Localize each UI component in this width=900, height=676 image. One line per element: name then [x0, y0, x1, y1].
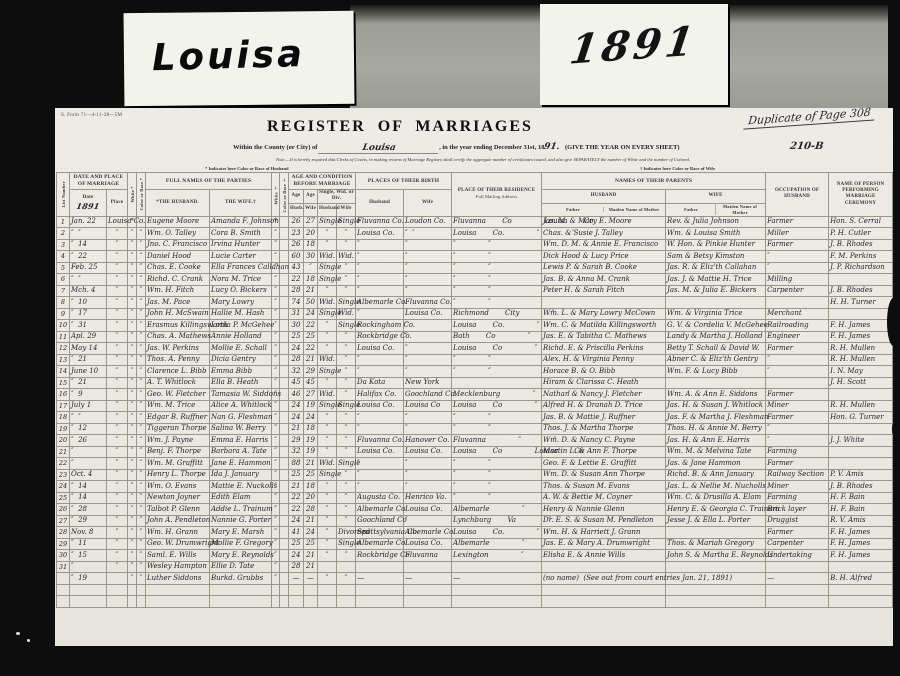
cell-occupation: ″ — [766, 435, 829, 447]
cell-wife: Tamasia W. Siddons — [210, 389, 272, 401]
cell-parents_w: Sam & Betsy Kimston — [666, 251, 766, 263]
cell-age_w: 19 — [304, 446, 318, 458]
cell-place: ″ — [107, 320, 128, 332]
cell-husband: Clarence L. Bibb — [146, 366, 210, 378]
cell-husband: Edgar B. Ruffner — [146, 412, 210, 424]
cell-officiant: H. H. Turner — [829, 297, 893, 309]
cell-occupation: Farmer — [766, 389, 829, 401]
cell-m2: ″ — [137, 389, 146, 401]
cell-parents_w — [666, 297, 766, 309]
cell-officiant: R. H. Mullen — [829, 400, 893, 412]
cell-husband: Tiggeran Thorpe — [146, 423, 210, 435]
county-line-prefix: Within the County (or City) of — [233, 144, 317, 151]
cell-officiant: Hon. S. Cerral — [829, 216, 893, 228]
col-header-list-number: List Number — [57, 173, 70, 217]
cell-m2: ″ — [137, 354, 146, 366]
cell-occupation — [766, 596, 829, 608]
cell-husband: Erasmus Killingsworth — [146, 320, 210, 332]
cell-age_h: 21 — [289, 481, 304, 493]
cell-wife: Mollie E. Schall — [210, 343, 272, 355]
cell-residence: ″ ″ — [452, 274, 542, 286]
cell-wife: Irvina Hunter — [210, 239, 272, 251]
cell-cond_h: Wid. — [318, 251, 337, 263]
cell-officiant: Hon. G. Turner — [829, 412, 893, 424]
cell-age_h — [289, 596, 304, 608]
cell-m1: ″ — [128, 389, 137, 401]
cell-officiant — [829, 596, 893, 608]
cell-birth_w: Goochland Co. — [404, 389, 452, 401]
cell-parents_w: Jas. & Jane Hammon — [666, 458, 766, 470]
cell-date: ″ 14 — [70, 492, 107, 504]
cell-birth_h — [356, 584, 404, 596]
cell-parents_h: Alex. H. & Virginia Penny — [542, 354, 666, 366]
cell-cond_w — [337, 561, 356, 573]
cell-birth_h: ″ — [356, 423, 404, 435]
col-header-wife-name: THE WIFE.† — [210, 190, 272, 217]
cell-age_w: 21 — [304, 550, 318, 562]
cell-age_w: 19 — [304, 400, 318, 412]
cell-age_w: 25 — [304, 469, 318, 481]
cell-residence: Louisa Co ″ — [452, 343, 542, 355]
cell-cond_h: ″ — [318, 228, 337, 240]
col-header-age-husb-abbr: Husb. — [289, 203, 304, 216]
col-header-single-wid-div: Single, Wid. or Div. — [318, 190, 356, 204]
cell-m2: ″ — [137, 285, 146, 297]
cell-parents_h: Elisha E. & Annie Wills — [542, 550, 666, 562]
cell-m4 — [280, 538, 289, 550]
cell-officiant: J. H. Scott — [829, 377, 893, 389]
cell-officiant: F. H. James — [829, 331, 893, 343]
cell-m1: ″ — [128, 550, 137, 562]
cell-residence: Louisa Co Louisa Co — [452, 446, 542, 458]
cell-parents_w: Wm. F. & Lucy Bibb — [666, 366, 766, 378]
cell-birth_h: ″ — [356, 239, 404, 251]
date-year-script: 1891 — [70, 201, 106, 211]
cell-husband: Saml. E. Wills — [146, 550, 210, 562]
cell-occupation: Farmer — [766, 216, 829, 228]
table-row: 22″″″″Wm. M. GraffittJane E. Hammon″8821… — [57, 458, 893, 470]
cell-residence: ″ ″ — [452, 262, 542, 274]
cell-date: Jan. 22 — [70, 216, 107, 228]
col-header-parents-husband-sub: FatherMaiden Name of Mother — [542, 203, 666, 216]
cell-no: 17 — [57, 400, 70, 412]
cell-residence: Lexington ″ — [452, 550, 542, 562]
cell-m3 — [272, 596, 280, 608]
cell-cond_h: Wid. — [318, 389, 337, 401]
cell-m1: ″ — [128, 354, 137, 366]
cell-m2: ″ — [137, 435, 146, 447]
cell-m4 — [280, 354, 289, 366]
cell-cond_w: ″ — [337, 343, 356, 355]
cell-occupation: Farmer — [766, 343, 829, 355]
cell-cond_w: Single — [337, 320, 356, 332]
cell-occupation: Merchant — [766, 308, 829, 320]
cell-parents_w: Jas. M. & Julia E. Bickers — [666, 285, 766, 297]
cell-cond_w: Single — [337, 458, 356, 470]
cell-m1: ″ — [128, 366, 137, 378]
cell-husband: Geo. W. Drumwright — [146, 538, 210, 550]
cell-parents_h: Horace B. & O. Bibb — [542, 366, 666, 378]
cell-occupation: Farmer — [766, 239, 829, 251]
cell-m1: ″ — [128, 308, 137, 320]
cell-husband: Wm. J. Payne — [146, 435, 210, 447]
cell-husband: A. T. Whitlock — [146, 377, 210, 389]
cell-m3: ″ — [272, 527, 280, 539]
cell-husband — [146, 584, 210, 596]
cell-m1: ″ — [128, 515, 137, 527]
cell-residence: Bath Co ″ — [452, 331, 542, 343]
cell-m1: ″ — [128, 320, 137, 332]
cell-age_w: 22 — [304, 343, 318, 355]
cell-occupation — [766, 297, 829, 309]
year-line-mid: , in the year ending December 31st, 18 — [439, 144, 544, 151]
cell-residence: ″ ″ — [452, 251, 542, 263]
cell-age_h: 29 — [289, 435, 304, 447]
cell-cond_w: Wid. — [337, 251, 356, 263]
cell-parents_h: Jas. B. & Mattie J. Ruffner — [542, 412, 666, 424]
cell-birth_h: Rockbridge Co. — [356, 331, 404, 343]
table-row: 27″ 29″″″John A. PendletonNannie G. Port… — [57, 515, 893, 527]
cell-wife: Mollie F. Gregory — [210, 538, 272, 550]
cell-husband: Henry L. Thorpe — [146, 469, 210, 481]
cell-place: ″ — [107, 469, 128, 481]
cell-place: ″ — [107, 285, 128, 297]
cell-wife: Mary Lowry — [210, 297, 272, 309]
cell-m3: ″ — [272, 366, 280, 378]
cell-husband: Eugene Moore — [146, 216, 210, 228]
table-row: 31″″″″Wesley HamptonEllie D. Tate″2821 — [57, 561, 893, 573]
cell-no: 7 — [57, 285, 70, 297]
cell-officiant: B. H. Alfred — [829, 573, 893, 585]
cell-date: Oct. 4 — [70, 469, 107, 481]
cell-m4 — [280, 377, 289, 389]
cell-m4 — [280, 515, 289, 527]
cell-no: 16 — [57, 389, 70, 401]
cell-m2 — [137, 584, 146, 596]
cell-no: 24 — [57, 481, 70, 493]
table-row: 11Apl. 29″″″Chas. A. MathewsAnnie Hollan… — [57, 331, 893, 343]
cell-residence: ″ ″ — [452, 469, 542, 481]
cell-husband: Newton Joyner — [146, 492, 210, 504]
cell-date: ″ 12 — [70, 423, 107, 435]
cell-parents_h: Nathan & Nancy J. Fletcher — [542, 389, 666, 401]
cell-cond_w: ″ — [337, 573, 356, 585]
cell-officiant: F. M. Perkins — [829, 251, 893, 263]
cell-birth_h — [356, 561, 404, 573]
cell-parents_w: Jas. H. & Ann E. Harris — [666, 435, 766, 447]
cell-birth_h: Louisa Co. — [356, 343, 404, 355]
cell-age_w: 25 — [304, 331, 318, 343]
table-row: 3″ 14″″″Jno. C. FranciscoIrvina Hunter″2… — [57, 239, 893, 251]
cell-husband: Wm. H. Fitch — [146, 285, 210, 297]
cell-age_w: 19 — [304, 435, 318, 447]
cell-age_w: 28 — [304, 504, 318, 516]
cell-age_h: 22 — [289, 274, 304, 286]
cell-residence — [452, 377, 542, 389]
cell-wife: Emma E. Harris — [210, 435, 272, 447]
col-header-place: Place — [107, 190, 128, 217]
cell-officiant — [829, 446, 893, 458]
cell-birth_w: Louisa Co — [404, 400, 452, 412]
cell-age_h: 26 — [289, 239, 304, 251]
cell-residence: ″ ″ — [452, 412, 542, 424]
cell-m4 — [280, 504, 289, 516]
cell-occupation: — — [766, 573, 829, 585]
cell-parents_h: Richd. E. & Priscilla Perkins — [542, 343, 666, 355]
cell-cond_h: ″ — [318, 573, 337, 585]
scan-artifact-speck — [27, 639, 30, 642]
year-label: 1891 — [567, 17, 701, 73]
cell-parents_w: G. V. & Cordelia V. McGehee — [666, 320, 766, 332]
cell-residence: ″ ″ — [452, 297, 542, 309]
cell-age_w: 50 — [304, 297, 318, 309]
cell-husband: Wm. O. Evans — [146, 481, 210, 493]
cell-m2 — [137, 596, 146, 608]
cell-cond_w: Single — [337, 400, 356, 412]
cell-m2: ″ — [137, 446, 146, 458]
cell-birth_w: ″ — [404, 515, 452, 527]
cell-cond_w: ″ — [337, 446, 356, 458]
cell-age_h: 21 — [289, 423, 304, 435]
col-header-cond-husband: Husband — [318, 203, 337, 216]
cell-no — [57, 573, 70, 585]
cell-residence: Richmond City ″ — [452, 308, 542, 320]
cell-date: July 1 — [70, 400, 107, 412]
cell-m1: ″ — [128, 400, 137, 412]
cell-birth_w: New York — [404, 377, 452, 389]
cell-wife: Ella Frances Callahan — [210, 262, 272, 274]
cell-age_h: 24 — [289, 343, 304, 355]
cell-cond_w: Single — [337, 216, 356, 228]
cell-cond_h: Single — [318, 262, 337, 274]
col-header-birth: PLACES OF THEIR BIRTH — [356, 173, 452, 190]
cell-date: Nov. 8 — [70, 527, 107, 539]
cell-birth_w: ″ — [404, 251, 452, 263]
cell-parents_w: Wm. & Louisa Smith — [666, 228, 766, 240]
cell-age_w: 18 — [304, 423, 318, 435]
cell-m1: ″ — [128, 377, 137, 389]
cell-residence: Lynchburg Va ″ — [452, 515, 542, 527]
cell-m3: ″ — [272, 343, 280, 355]
cell-age_w: 24 — [304, 412, 318, 424]
cell-officiant: H. F. Bain — [829, 504, 893, 516]
cell-age_h — [289, 584, 304, 596]
cell-parents_w: Thos. & Mariah Gregory — [666, 538, 766, 550]
cell-occupation: Farming — [766, 492, 829, 504]
cell-parents_h: Dr. E. S. & Susan M. Pendleton — [542, 515, 666, 527]
cell-m4 — [280, 435, 289, 447]
col-header-white-wife: White † — [272, 173, 280, 217]
cell-wife: Lucy O. Bickers — [210, 285, 272, 297]
cell-parents_w: Jas. R. & Eliz'th Callahan — [666, 262, 766, 274]
cell-place: ″ — [107, 423, 128, 435]
cell-cond_h: Wid. — [318, 297, 337, 309]
cell-m1: ″ — [128, 504, 137, 516]
cell-place — [107, 584, 128, 596]
cell-m2: ″ — [137, 331, 146, 343]
cell-m2: ″ — [137, 527, 146, 539]
cell-m3: ″ — [272, 469, 280, 481]
cell-wife: Addie L. Trainum — [210, 504, 272, 516]
cell-cond_h — [318, 584, 337, 596]
cell-parents_h: (no name) (See out from court entries Ja… — [542, 573, 666, 585]
cell-parents_w: Landy & Martha J. Holland — [666, 331, 766, 343]
cell-cond_h: Wid. — [318, 354, 337, 366]
cell-age_h: 24 — [289, 400, 304, 412]
cell-cond_w: ″ — [337, 354, 356, 366]
scan-artifact-speck — [16, 632, 20, 635]
cell-m2: ″ — [137, 538, 146, 550]
cell-husband: Geo. W. Fletcher — [146, 389, 210, 401]
cell-place: ″ — [107, 331, 128, 343]
cell-m4 — [280, 527, 289, 539]
cell-wife: Ella B. Heath — [210, 377, 272, 389]
cell-place — [107, 573, 128, 585]
cell-cond_h: ″ — [318, 481, 337, 493]
cell-birth_h: ″ — [356, 469, 404, 481]
cell-date: ″ ″ — [70, 228, 107, 240]
table-row: 24″ 14″″″Wm. O. EvansMattie E. Nuckolls″… — [57, 481, 893, 493]
cell-occupation: Carpenter — [766, 538, 829, 550]
cell-m2: ″ — [137, 320, 146, 332]
cell-birth_h: ″ — [356, 458, 404, 470]
cell-cond_h: ″ — [318, 550, 337, 562]
cell-m3: ″ — [272, 400, 280, 412]
cell-birth_w: Louisa Co. — [404, 446, 452, 458]
cell-date — [70, 596, 107, 608]
cell-m1: ″ — [128, 343, 137, 355]
cell-age_w: 21 — [304, 458, 318, 470]
footnote-wife: † Indicates here Color or Race of Wife — [640, 166, 715, 171]
cell-officiant: H. F. Bain — [829, 492, 893, 504]
cell-birth_h: Albemarle Co. — [356, 297, 404, 309]
cell-m1: ″ — [128, 262, 137, 274]
table-row: 9″ 17″″″John H. McSwainHallie M. Hash″31… — [57, 308, 893, 320]
county-label-card: Louisa — [124, 11, 355, 106]
cell-m4 — [280, 423, 289, 435]
cell-m4 — [280, 458, 289, 470]
register-table: List Number DATE AND PLACE OF MARRIAGE W… — [56, 172, 893, 608]
cell-m1: ″ — [128, 297, 137, 309]
cell-birth_h: Fluvanna Co. — [356, 435, 404, 447]
cell-birth_h: Fluvanna Co. — [356, 216, 404, 228]
cell-age_w: 24 — [304, 527, 318, 539]
county-line: Within the County (or City) of Louisa, i… — [233, 142, 680, 153]
cell-parents_h: Jas. E. & Tabitha C. Mathews — [542, 331, 666, 343]
cell-officiant: F. H. James — [829, 550, 893, 562]
cell-m3: ″ — [272, 435, 280, 447]
cell-residence — [452, 561, 542, 573]
cell-no — [57, 584, 70, 596]
col-header-date: Date1891 — [70, 190, 107, 217]
cell-officiant — [829, 389, 893, 401]
cell-cond_h: ″ — [318, 515, 337, 527]
cell-occupation: Farming — [766, 446, 829, 458]
cell-cond_w: ″ — [337, 239, 356, 251]
cell-birth_h: ″ — [356, 366, 404, 378]
cell-m4 — [280, 469, 289, 481]
col-header-full-names: FULL NAMES OF THE PARTIES — [146, 173, 272, 190]
cell-parents_h: Hiram & Clarissa C. Heath — [542, 377, 666, 389]
cell-m2: ″ — [137, 481, 146, 493]
cell-birth_w: — — [404, 573, 452, 585]
cell-age_w: 45 — [304, 377, 318, 389]
cell-m3: ″ — [272, 297, 280, 309]
cell-place: ″ — [107, 527, 128, 539]
cell-wife: Nannie G. Porter — [210, 515, 272, 527]
cell-parents_h: Geo. F. & Lettie E. Graffitt — [542, 458, 666, 470]
cell-m3: ″ — [272, 331, 280, 343]
cell-officiant — [829, 423, 893, 435]
cell-date: ″ — [70, 446, 107, 458]
cell-no: 23 — [57, 469, 70, 481]
cell-cond_h: ″ — [318, 492, 337, 504]
cell-date: ″ 19 — [70, 573, 107, 585]
cell-m4 — [280, 412, 289, 424]
cell-date: ″ 28 — [70, 504, 107, 516]
cell-cond_h: ″ — [318, 320, 337, 332]
cell-birth_w: Henrico Va. — [404, 492, 452, 504]
col-header-birth-wife: Wife — [404, 190, 452, 217]
cell-cond_h: ″ — [318, 285, 337, 297]
cell-m4 — [280, 285, 289, 297]
cell-husband: Wm. M. Graffitt — [146, 458, 210, 470]
cell-age_h: 28 — [289, 354, 304, 366]
table-row: 10″ 31″″″Erasmus KillingsworthLonia P. M… — [57, 320, 893, 332]
cell-cond_h: Single — [318, 400, 337, 412]
cell-residence: ″ ″ — [452, 423, 542, 435]
cell-no: 3 — [57, 239, 70, 251]
cell-parents_w: Jesse J. & Ella L. Porter — [666, 515, 766, 527]
cell-husband: Daniel Hood — [146, 251, 210, 263]
cell-date — [70, 584, 107, 596]
cell-no: 14 — [57, 366, 70, 378]
cell-age_h: 28 — [289, 285, 304, 297]
cell-birth_h: ″ — [356, 481, 404, 493]
cell-cond_w: ″ — [337, 492, 356, 504]
cell-residence: Louisa Co. ″ ″ — [452, 228, 542, 240]
cell-place: ″ — [107, 492, 128, 504]
cell-no: 20 — [57, 435, 70, 447]
cell-place: ″ — [107, 538, 128, 550]
cell-age_w: 20 — [304, 492, 318, 504]
cell-cond_w: ″ — [337, 481, 356, 493]
table-row: 12May 14″″″Jas. W. PerkinsMollie E. Scha… — [57, 343, 893, 355]
cell-m1: ″ — [128, 527, 137, 539]
table-row: 20″ 26″″″Wm. J. PayneEmma E. Harris″2919… — [57, 435, 893, 447]
register-header: List Number DATE AND PLACE OF MARRIAGE W… — [57, 173, 893, 217]
cell-wife: Amanda F. Johnson — [210, 216, 272, 228]
cell-residence: Albemarle ″ — [452, 538, 542, 550]
cell-m2: ″ — [137, 400, 146, 412]
cell-m1: ″ — [128, 573, 137, 585]
cell-no: 26 — [57, 504, 70, 516]
cell-parents_h: Jas. E. & Mary A. Drumwright — [542, 538, 666, 550]
cell-m3: ″ — [272, 458, 280, 470]
cell-residence — [452, 584, 542, 596]
cell-date: ″ 10 — [70, 297, 107, 309]
cell-age_w: 18 — [304, 239, 318, 251]
cell-birth_w: Louisa Co. — [404, 308, 452, 320]
cell-date: ″ ″ — [70, 412, 107, 424]
cell-cond_w: ″ — [337, 423, 356, 435]
table-row: 25″ 14″″″Newton JoynerEdith Elam″2220″″A… — [57, 492, 893, 504]
cell-no: 25 — [57, 492, 70, 504]
cell-birth_w: Loudon Co. — [404, 216, 452, 228]
cell-birth_w: ″ — [404, 423, 452, 435]
cell-no: 8 — [57, 297, 70, 309]
table-row — [57, 596, 893, 608]
